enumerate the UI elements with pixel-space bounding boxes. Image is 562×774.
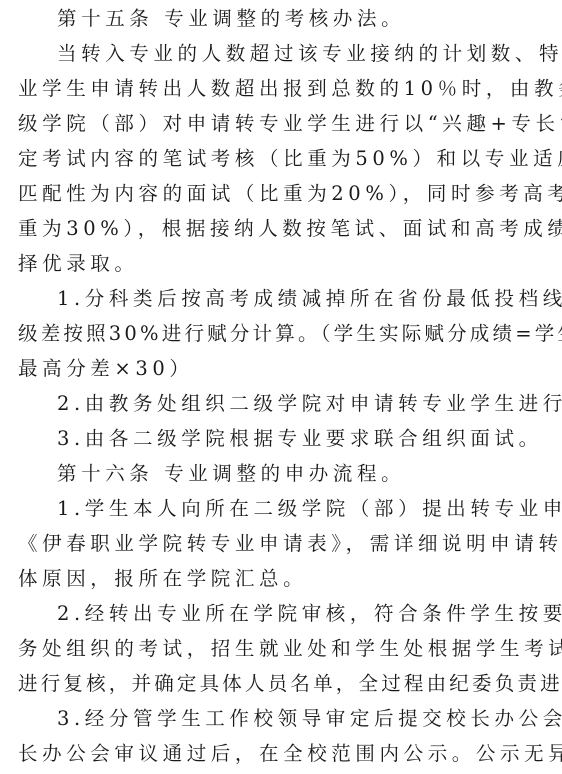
- paragraph-line: 择优录取。: [18, 246, 548, 281]
- paragraph-line: 体原因，报所在学院汇总。: [18, 561, 548, 596]
- paragraph-line: 进行复核，并确定具体人员名单，全过程由纪委负责进行监督。: [18, 666, 548, 701]
- list-item-2: 2.由教务处组织二级学院对申请转专业学生进行笔试。: [18, 386, 548, 421]
- paragraph-line: 匹配性为内容的面试（比重为20%），同时参考高考成绩（比: [18, 176, 548, 211]
- paragraph-line: 定考试内容的笔试考核（比重为50%）和以专业适应性、职业: [18, 141, 548, 176]
- list-item-1: 1.分科类后按高考成绩减掉所在省份最低投档线分数所得: [18, 281, 548, 316]
- paragraph-line: 重为30%），根据接纳人数按笔试、面试和高考成绩排名顺序: [18, 211, 548, 246]
- paragraph-line: 《伊春职业学院转专业申请表》，需详细说明申请转专业的具: [18, 526, 548, 561]
- paragraph-line: 级差按照30%进行赋分计算。（学生实际赋分成绩=学生分差÷: [18, 316, 548, 351]
- document-body: 第十五条 专业调整的考核办法。 当转入专业的人数超过该专业接纳的计划数、特色办学…: [18, 1, 548, 771]
- article-15-heading: 第十五条 专业调整的考核办法。: [18, 1, 548, 36]
- paragraph-line: 当转入专业的人数超过该专业接纳的计划数、特色办学专: [18, 36, 548, 71]
- list-item-3: 3.由各二级学院根据专业要求联合组织面试。: [18, 421, 548, 456]
- paragraph-line: 业学生申请转出人数超出报到总数的10％时，由教务处组织二: [18, 71, 548, 106]
- list-item-3: 3.经分管学生工作校领导审定后提交校长办公会审议，校: [18, 701, 548, 736]
- paragraph-line: 级学院（部）对申请转专业学生进行以“兴趣+专长”为原则确: [18, 106, 548, 141]
- list-item-1: 1.学生本人向所在二级学院（部）提出转专业申请，填写: [18, 491, 548, 526]
- list-item-2: 2.经转出专业所在学院审核，符合条件学生按要求参加教: [18, 596, 548, 631]
- paragraph-line: 务处组织的考试，招生就业处和学生处根据学生考试成绩排名: [18, 631, 548, 666]
- paragraph-line: 长办公会审议通过后，在全校范围内公示。公示无异议后，由: [18, 736, 548, 771]
- paragraph-line: 最高分差×30）: [18, 351, 548, 386]
- article-16-heading: 第十六条 专业调整的申办流程。: [18, 456, 548, 491]
